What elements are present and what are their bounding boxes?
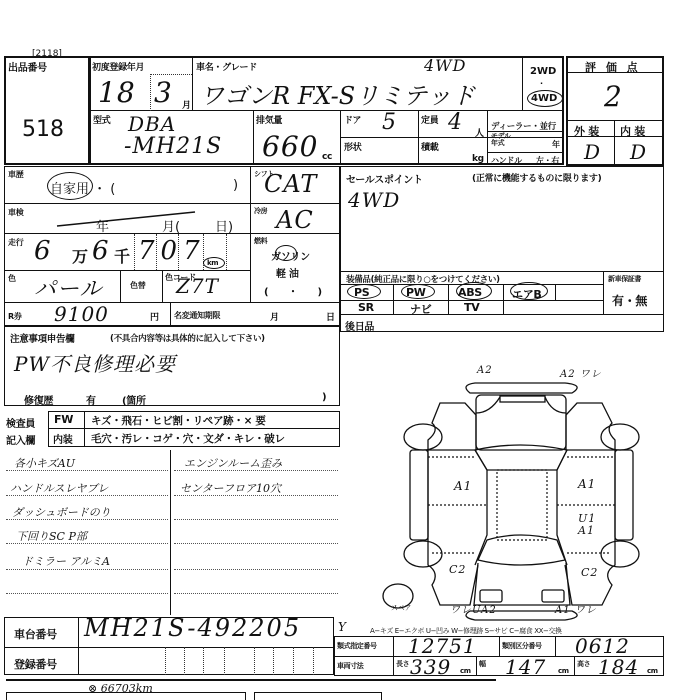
- mileage-man: 6: [34, 236, 52, 266]
- equip-airbag-circle: [510, 282, 548, 300]
- displacement-value: 660: [262, 130, 318, 163]
- width-value: 147: [505, 655, 546, 679]
- mileage-man-unit: 万: [72, 244, 88, 267]
- damage-right-rear-quarter: C2: [581, 566, 598, 579]
- damage-front-bumper-left: A2: [477, 365, 493, 376]
- bottom-box-left: [6, 692, 246, 700]
- doors-value: 5: [382, 110, 397, 135]
- equip-pw-circle: [401, 284, 435, 299]
- handle-label: ハンドル: [491, 155, 522, 166]
- chassis-label: 車台番号: [14, 626, 57, 642]
- damage-left-rear-quarter: C2: [449, 563, 466, 576]
- height-value: 184: [598, 655, 639, 679]
- sales-point-note: (正常に機能するものに限ります): [472, 171, 601, 184]
- shift-value: CAT: [264, 170, 317, 198]
- color-code: Z7T: [176, 274, 219, 298]
- damage-right-front-door: A1: [578, 477, 596, 491]
- color-value: パール: [34, 272, 103, 303]
- capacity-unit: 人: [475, 126, 484, 139]
- mileage-unit: km: [207, 259, 218, 267]
- notice-month: 月: [270, 310, 279, 323]
- car-damage-diagram: [340, 330, 670, 620]
- registration-month: 3: [154, 76, 173, 109]
- warranty-label: 新車保証書: [608, 274, 641, 284]
- displacement-label: 排気量: [256, 113, 282, 126]
- equip-tv[interactable]: TV: [464, 301, 479, 314]
- notice-day: 日: [326, 310, 335, 323]
- capacity-label: 定員: [421, 113, 438, 126]
- registration-label: 初度登録年月: [92, 60, 144, 73]
- height-unit: cm: [647, 667, 658, 675]
- damage-rear-bumper-left: ワレUA2: [450, 601, 497, 616]
- lot-number-label: 出品番号: [8, 59, 47, 74]
- equip-ps-circle: [347, 284, 381, 299]
- note-left-1: 各小キズAU: [14, 455, 75, 471]
- fuel-option-diesel: 軽 油: [276, 265, 299, 280]
- model-year-unit: 年: [552, 139, 560, 150]
- length-unit: cm: [460, 667, 471, 675]
- note-right-2: センターフロア10穴: [180, 480, 281, 496]
- equip-navi[interactable]: ナビ: [410, 301, 431, 317]
- inspector-row1-text: キズ・飛石・ヒビ割・リペア跡・× 要: [91, 413, 266, 428]
- length-value: 339: [410, 655, 451, 679]
- model-label: 型式: [93, 113, 110, 126]
- note-left-5: ドミラー アルミA: [22, 553, 110, 569]
- type-number-label: 類式指定番号: [337, 641, 377, 651]
- recycle-value: 9100: [54, 302, 109, 326]
- mileage-digits: 707: [138, 236, 206, 266]
- note-left-2: ハンドルスレヤブレ: [10, 480, 108, 496]
- inspection-day: 日): [215, 216, 233, 235]
- height-label: 高さ: [577, 659, 590, 669]
- repair-place-close: ): [322, 392, 326, 403]
- damage-left-doors: A1: [454, 479, 472, 493]
- fuel-label: 燃料: [254, 236, 267, 246]
- width-unit: cm: [558, 667, 569, 675]
- equip-abs-circle: [456, 282, 492, 300]
- load-label: 積載: [421, 140, 438, 153]
- exterior-grade: D: [584, 140, 601, 164]
- vehicle-name-note: 4WD: [424, 56, 466, 75]
- fuel-option-other: ( ・ ): [264, 283, 330, 298]
- color-label: 色: [8, 273, 16, 284]
- bottom-box-right: [254, 692, 382, 700]
- sales-point-label: セールスポイント: [346, 171, 423, 186]
- model-line2: -MH21S: [124, 134, 222, 159]
- repaint-label: 色替: [130, 280, 145, 291]
- registration-year: 18: [98, 76, 136, 109]
- damage-rear-bumper-right: A1 ワレ: [555, 601, 597, 616]
- shape-label: 形状: [344, 140, 361, 153]
- repair-place-label: (箇所: [122, 392, 146, 407]
- mileage-sen: 6: [92, 236, 110, 266]
- length-label: 長さ: [396, 659, 409, 669]
- inspection-label: 車検: [8, 207, 23, 218]
- note-right-1: エンジンルーム歪み: [184, 455, 282, 471]
- vehicle-name-label: 車名・グレード: [196, 60, 257, 73]
- fuel-option-gasoline: ガソリン: [271, 248, 310, 263]
- doors-label: ドア: [344, 113, 361, 126]
- vehicle-name: ワゴンR FX-Sリミテッド: [200, 76, 475, 111]
- width-label: 幅: [479, 659, 486, 669]
- inspector-label-2: 記入欄: [6, 432, 35, 447]
- reg-number-label: 登録番号: [14, 656, 57, 672]
- usage-value: 自家用 ・ (: [50, 178, 115, 197]
- usage-label: 車歴: [8, 169, 23, 180]
- displacement-unit: cc: [322, 152, 332, 162]
- chassis-extra: Y: [338, 620, 347, 634]
- exterior-label: 外 装: [574, 123, 599, 139]
- lot-number: 518: [22, 117, 64, 142]
- inspector-row2-text: 毛穴・汚レ・コゲ・穴・文ダ・キレ・破レ: [91, 431, 285, 446]
- damage-front-bumper-right: A2 ワレ: [560, 365, 602, 380]
- damage-right-rear-door: U1 A1: [578, 513, 598, 537]
- drive-2wd-option[interactable]: 2WD: [530, 66, 556, 77]
- registration-month-unit: 月: [182, 98, 191, 111]
- ac-label: 冷房: [254, 206, 267, 216]
- inspector-row2-tag: 内装: [53, 431, 72, 446]
- drive-4wd-option[interactable]: 4WD: [531, 93, 557, 104]
- repair-history-label: 修復歴: [24, 392, 53, 407]
- remarks-label: 注意事項申告欄: [10, 331, 74, 345]
- handle-options: 左・右: [536, 155, 559, 166]
- remarks-note: (不具合内容等は具体的に記入して下さい): [110, 332, 265, 344]
- equip-sr[interactable]: SR: [358, 301, 374, 314]
- score-label: 評 価 点: [585, 59, 641, 75]
- class-number-label: 類別区分番号: [502, 641, 542, 651]
- repair-history-value: 有: [86, 392, 96, 407]
- usage-close: ): [233, 178, 238, 193]
- capacity-value: 4: [448, 110, 463, 135]
- load-unit: kg: [472, 154, 484, 164]
- model-year-label: モデル年式: [491, 133, 511, 147]
- recycle-unit: 円: [150, 310, 159, 323]
- inspector-label-1: 検査員: [6, 415, 35, 430]
- note-left-3: ダッシュボードのり: [12, 504, 111, 520]
- mileage-label: 走行: [8, 237, 23, 248]
- overall-score: 2: [604, 80, 623, 113]
- damage-spare: スペア: [391, 603, 411, 613]
- ac-value: AC: [276, 206, 314, 234]
- interior-grade: D: [630, 140, 647, 164]
- mileage-sen-unit: 千: [114, 244, 130, 267]
- model-line1: DBA: [128, 112, 176, 136]
- sales-point-value: 4WD: [348, 188, 400, 212]
- interior-label: 内 装: [620, 123, 645, 139]
- note-left-4: 下回りSC P部: [16, 528, 87, 544]
- inspector-row1-tag: FW: [54, 413, 73, 426]
- remarks-value: PW不良修理必要: [14, 348, 176, 377]
- recycle-label: R券: [8, 311, 22, 322]
- chassis-number: MH21S-492205: [84, 614, 301, 642]
- inspection-strike: [55, 208, 205, 228]
- warranty-options[interactable]: 有・無: [612, 292, 647, 309]
- notice-label: 名変通知期限: [174, 310, 220, 321]
- dims-label: 車両寸法: [337, 661, 363, 671]
